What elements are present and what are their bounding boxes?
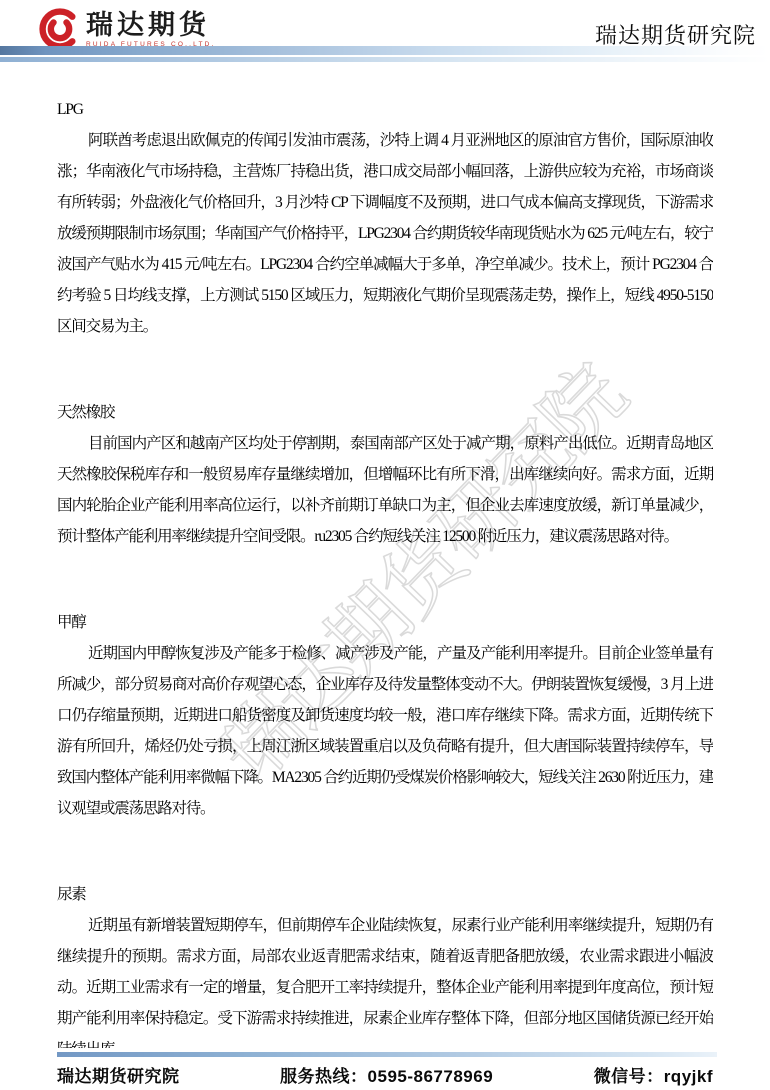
footer-divider-bar [57, 1052, 717, 1057]
section-natural-rubber: 天然橡胶 目前国内产区和越南产区均处于停割期，泰国南部产区处于减产期，原料产出低… [57, 397, 713, 552]
report-body: LPG 阿联酋考虑退出欧佩克的传闻引发油市震荡，沙特上调 4 月亚洲地区的原油官… [57, 94, 713, 1048]
header-bar-band-bottom [0, 57, 770, 62]
footer-wechat: 微信号：rqyjkf [594, 1062, 713, 1087]
section-paragraph: 近期国内甲醇恢复涉及产能多于检修、减产涉及产能，产量及产能利用率提升。目前企业签… [57, 638, 713, 824]
footer-org: 瑞达期货研究院 [57, 1062, 180, 1087]
hotline-number: 0595-86778969 [368, 1067, 494, 1086]
wechat-id: rqyjkf [664, 1067, 713, 1086]
section-lpg: LPG 阿联酋考虑退出欧佩克的传闻引发油市震荡，沙特上调 4 月亚洲地区的原油官… [57, 94, 713, 342]
page-footer: 瑞达期货研究院 服务热线：0595-86778969 微信号：rqyjkf [57, 1062, 713, 1087]
wechat-label: 微信号： [594, 1067, 664, 1086]
ruida-logo-icon [38, 7, 82, 51]
section-paragraph: 近期虽有新增装置短期停车，但前期停车企业陆续恢复，尿素行业产能利用率继续提升，短… [57, 910, 713, 1048]
section-heading: 天然橡胶 [57, 397, 713, 428]
company-name: 瑞达期货 [86, 10, 216, 40]
company-logo: 瑞达期货 RUIDA FUTURES CO.,LTD. [38, 7, 216, 51]
footer-hotline: 服务热线：0595-86778969 [280, 1062, 493, 1087]
section-heading: 甲醇 [57, 607, 713, 638]
section-heading: 尿素 [57, 879, 713, 910]
section-paragraph: 目前国内产区和越南产区均处于停割期，泰国南部产区处于减产期，原料产出低位。近期青… [57, 428, 713, 552]
section-urea: 尿素 近期虽有新增装置短期停车，但前期停车企业陆续恢复，尿素行业产能利用率继续提… [57, 879, 713, 1048]
hotline-label: 服务热线： [280, 1067, 368, 1086]
section-paragraph: 阿联酋考虑退出欧佩克的传闻引发油市震荡，沙特上调 4 月亚洲地区的原油官方售价，… [57, 125, 713, 342]
header-divider-bar [0, 46, 770, 62]
report-page: 瑞达期货 RUIDA FUTURES CO.,LTD. 瑞达期货研究院 瑞达期货… [0, 0, 770, 1090]
header-bar-band-top [0, 46, 770, 55]
logo-text: 瑞达期货 RUIDA FUTURES CO.,LTD. [86, 10, 216, 48]
section-heading: LPG [57, 94, 713, 125]
section-methanol: 甲醇 近期国内甲醇恢复涉及产能多于检修、减产涉及产能，产量及产能利用率提升。目前… [57, 607, 713, 824]
